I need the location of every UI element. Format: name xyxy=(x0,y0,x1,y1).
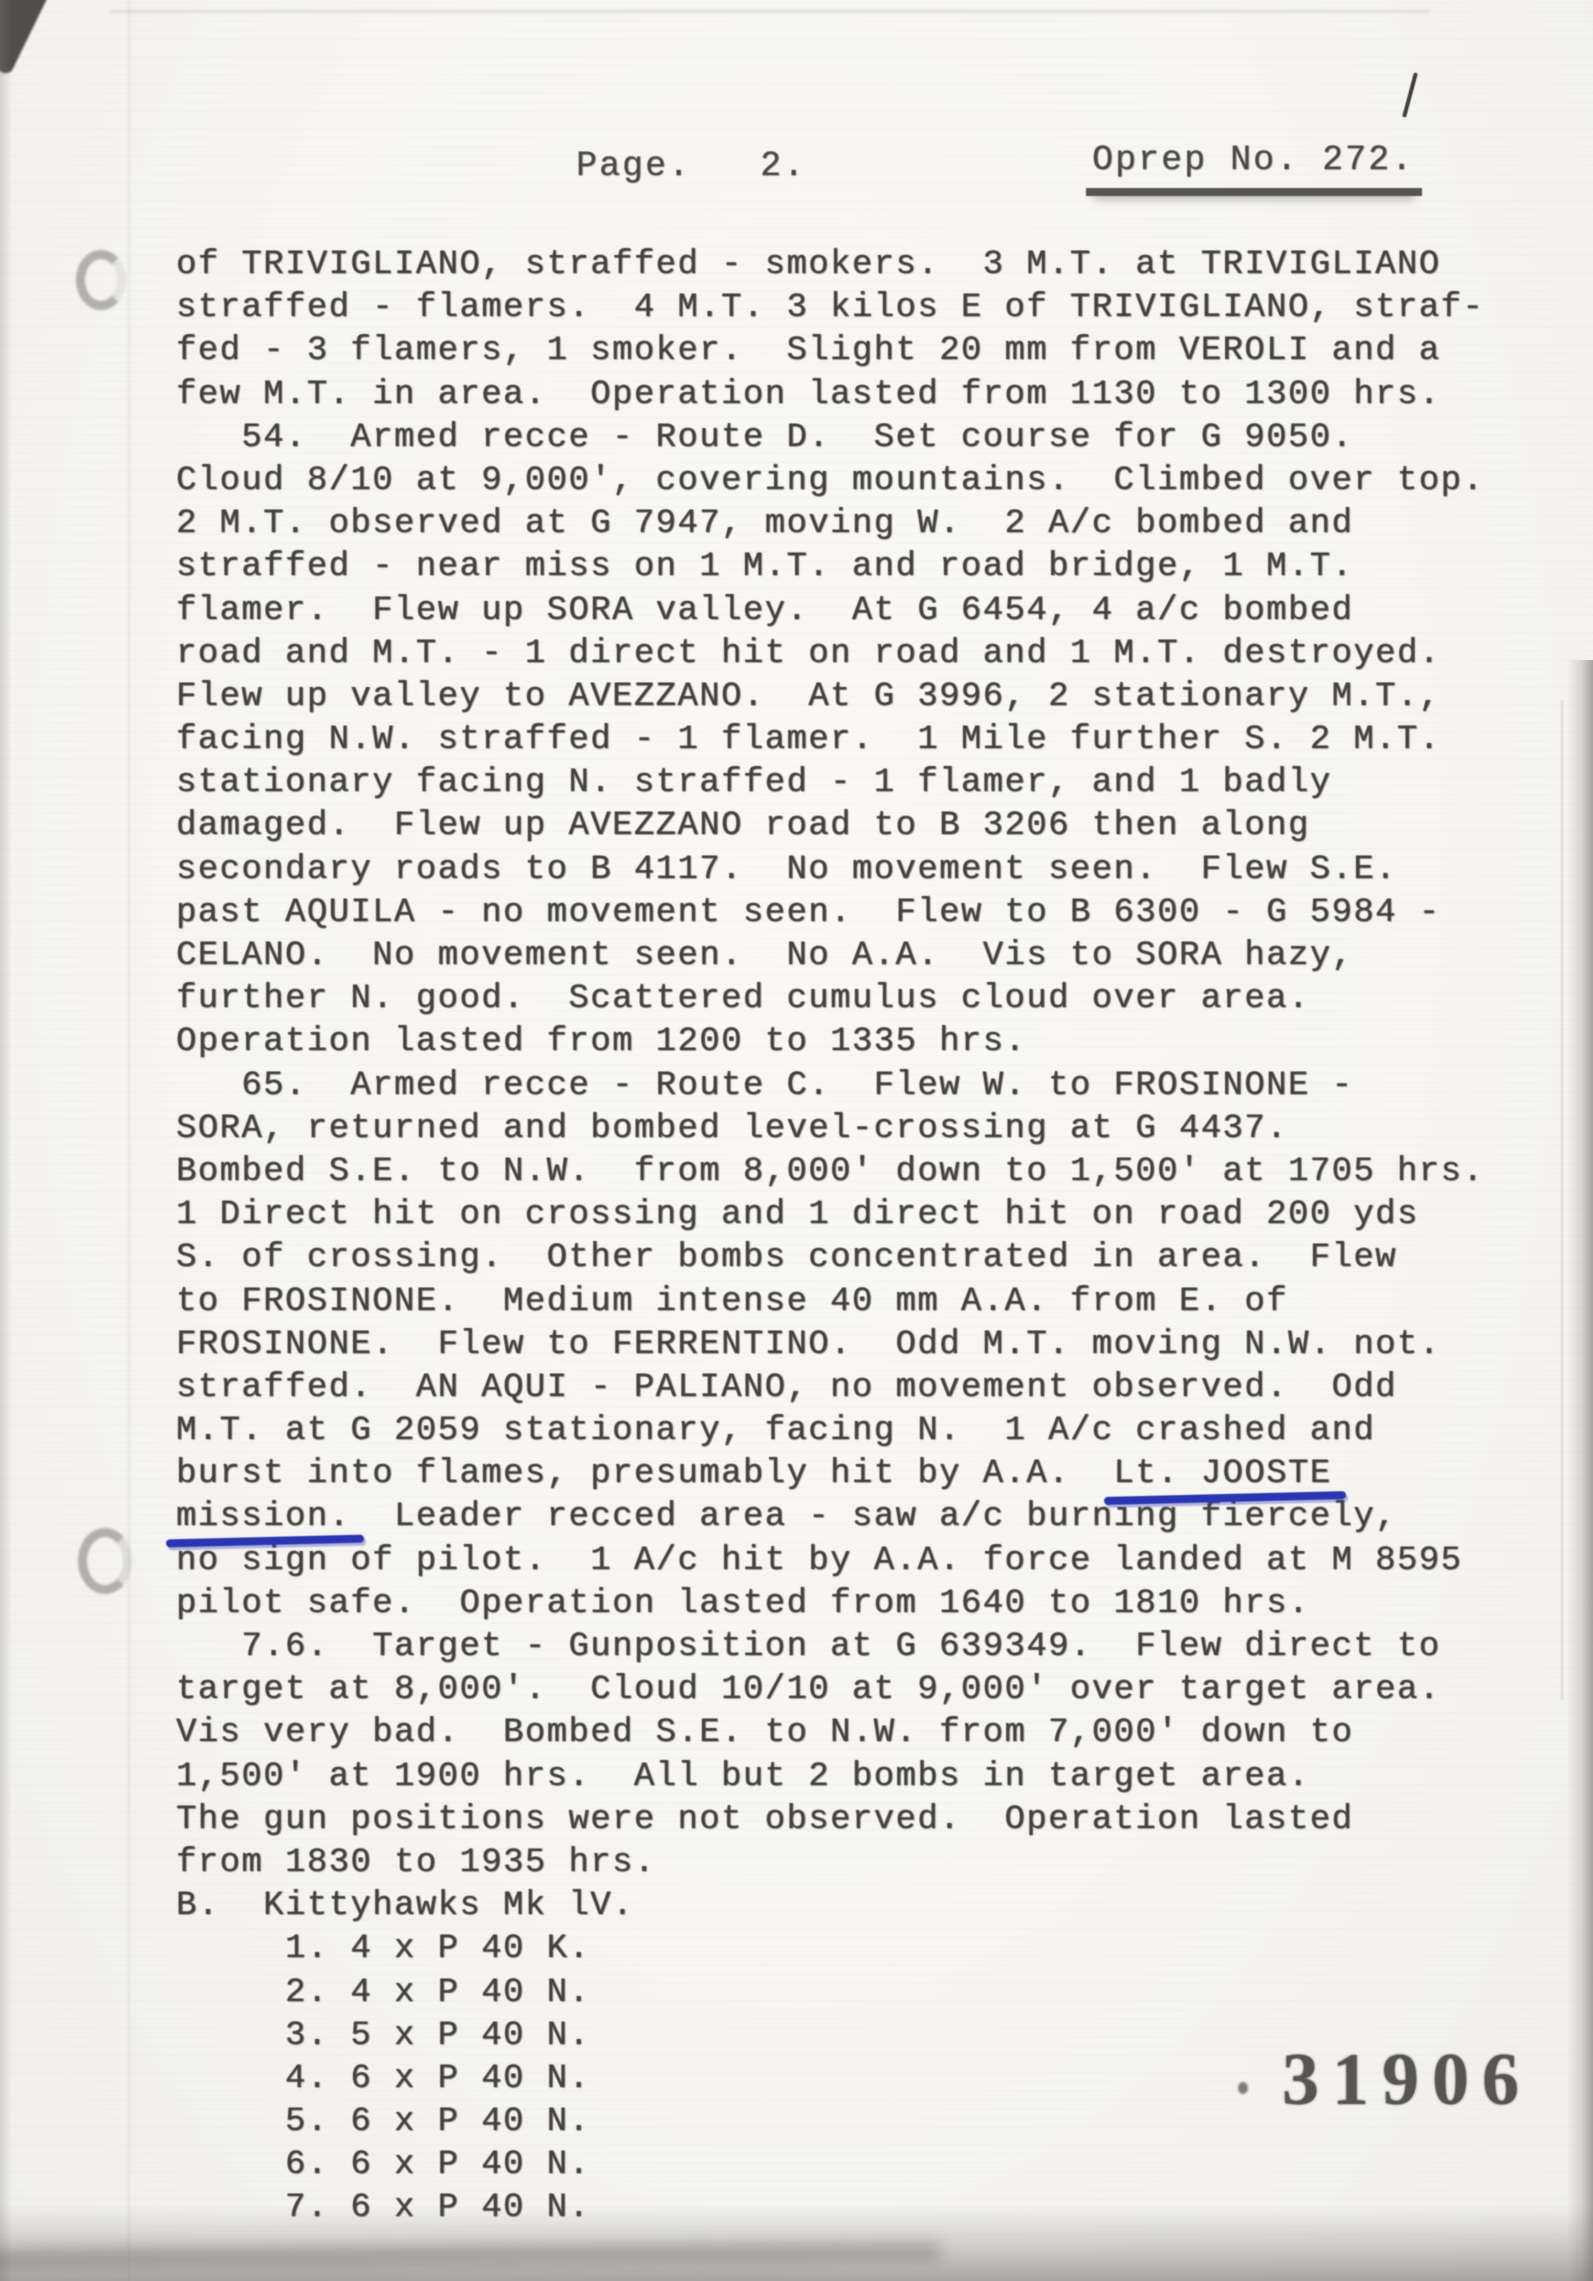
text-line: 1,500' at 1900 hrs. All but 2 bombs in t… xyxy=(176,1756,1484,1799)
text-line: to FROSINONE. Medium intense 40 mm A.A. … xyxy=(176,1281,1484,1324)
text-segment: from 1830 to 1935 hrs. xyxy=(176,1844,656,1882)
text-segment: to FROSINONE. Medium intense 40 mm A.A. … xyxy=(176,1283,1288,1321)
text-segment: Flew up valley to AVEZZANO. At G 3996, 2… xyxy=(176,678,1441,716)
text-line: 65. Armed recce - Route C. Flew W. to FR… xyxy=(176,1065,1484,1108)
scan-streak xyxy=(110,10,1430,13)
text-line: straffed - near miss on 1 M.T. and road … xyxy=(176,546,1484,589)
text-segment: facing N.W. straffed - 1 flamer. 1 Mile … xyxy=(176,721,1441,759)
oprep-number: Oprep No. 272. xyxy=(1086,140,1422,196)
text-line: straffed - flamers. 4 M.T. 3 kilos E of … xyxy=(176,287,1484,330)
pen-underlined-text: mission. xyxy=(176,1498,350,1536)
serial-stamp: 31906 xyxy=(1282,2038,1532,2123)
scan-bottom-shadow xyxy=(0,2205,1593,2281)
text-line: M.T. at G 2059 stationary, facing N. 1 A… xyxy=(176,1410,1484,1453)
text-line: target at 8,000'. Cloud 10/10 at 9,000' … xyxy=(176,1669,1484,1712)
text-segment: flamer. Flew up SORA valley. At G 6454, … xyxy=(176,592,1353,630)
scan-right-fold-line xyxy=(1561,700,1563,1700)
text-segment: road and M.T. - 1 direct hit on road and… xyxy=(176,635,1441,673)
text-line: Bombed S.E. to N.W. from 8,000' down to … xyxy=(176,1151,1484,1194)
text-segment: straffed. AN AQUI - PALIANO, no movement… xyxy=(176,1369,1397,1407)
text-segment: 7.6. Target - Gunposition at G 639349. F… xyxy=(176,1628,1441,1666)
text-line: past AQUILA - no movement seen. Flew to … xyxy=(176,892,1484,935)
text-segment: damaged. Flew up AVEZZANO road to B 3206… xyxy=(176,807,1310,845)
document-body: of TRIVIGLIANO, straffed - smokers. 3 M.… xyxy=(176,244,1484,2231)
text-line: Operation lasted from 1200 to 1335 hrs. xyxy=(176,1021,1484,1064)
text-segment: Cloud 8/10 at 9,000', covering mountains… xyxy=(176,462,1484,500)
text-line: 1. 4 x P 40 K. xyxy=(176,1928,1484,1971)
pen-underlined-text: Lt. JOOSTE xyxy=(1114,1455,1332,1493)
text-line: 1 Direct hit on crossing and 1 direct hi… xyxy=(176,1194,1484,1237)
text-segment: Bombed S.E. to N.W. from 8,000' down to … xyxy=(176,1153,1484,1191)
text-segment: of TRIVIGLIANO, straffed - smokers. 3 M.… xyxy=(176,246,1441,284)
text-line: FROSINONE. Flew to FERRENTINO. Odd M.T. … xyxy=(176,1324,1484,1367)
stamp-dot xyxy=(1238,2082,1248,2094)
text-line: Flew up valley to AVEZZANO. At G 3996, 2… xyxy=(176,676,1484,719)
text-segment: 54. Armed recce - Route D. Set course fo… xyxy=(176,419,1353,457)
scan-left-edge-shadow xyxy=(0,0,12,2281)
page-number: Page. 2. xyxy=(576,146,806,186)
text-segment: straffed - flamers. 4 M.T. 3 kilos E of … xyxy=(176,289,1484,327)
text-segment: pilot safe. Operation lasted from 1640 t… xyxy=(176,1585,1310,1623)
text-segment: 4. 6 x P 40 N. xyxy=(176,2060,590,2098)
text-line: 2. 4 x P 40 N. xyxy=(176,1972,1484,2015)
paper-crease xyxy=(128,0,130,2281)
text-segment: secondary roads to B 4117. No movement s… xyxy=(176,851,1397,889)
text-segment: The gun positions were not observed. Ope… xyxy=(176,1801,1353,1839)
text-line: no sign of pilot. 1 A/c hit by A.A. forc… xyxy=(176,1540,1484,1583)
text-segment: no sign of pilot. 1 A/c hit by A.A. forc… xyxy=(176,1542,1462,1580)
text-line: 2 M.T. observed at G 7947, moving W. 2 A… xyxy=(176,503,1484,546)
text-line: damaged. Flew up AVEZZANO road to B 3206… xyxy=(176,805,1484,848)
text-line: 7.6. Target - Gunposition at G 639349. F… xyxy=(176,1626,1484,1669)
text-segment: M.T. at G 2059 stationary, facing N. 1 A… xyxy=(176,1412,1375,1450)
text-segment: 3. 5 x P 40 N. xyxy=(176,2017,590,2055)
text-line: fed - 3 flamers, 1 smoker. Slight 20 mm … xyxy=(176,330,1484,373)
text-segment: CELANO. No movement seen. No A.A. Vis to… xyxy=(176,937,1353,975)
text-line: mission. Leader recced area - saw a/c bu… xyxy=(176,1496,1484,1539)
text-line: burst into flames, presumably hit by A.A… xyxy=(176,1453,1484,1496)
text-segment: B. Kittyhawks Mk lV. xyxy=(176,1887,634,1925)
text-line: B. Kittyhawks Mk lV. xyxy=(176,1885,1484,1928)
text-segment: 1,500' at 1900 hrs. All but 2 bombs in t… xyxy=(176,1758,1310,1796)
text-segment: 2. 4 x P 40 N. xyxy=(176,1974,590,2012)
text-line: flamer. Flew up SORA valley. At G 6454, … xyxy=(176,590,1484,633)
text-segment: fed - 3 flamers, 1 smoker. Slight 20 mm … xyxy=(176,332,1441,370)
text-line: of TRIVIGLIANO, straffed - smokers. 3 M.… xyxy=(176,244,1484,287)
text-line: pilot safe. Operation lasted from 1640 t… xyxy=(176,1583,1484,1626)
text-segment: 6. 6 x P 40 N. xyxy=(176,2146,590,2184)
text-line: The gun positions were not observed. Ope… xyxy=(176,1799,1484,1842)
text-segment: straffed - near miss on 1 M.T. and road … xyxy=(176,548,1353,586)
text-segment: further N. good. Scattered cumulus cloud… xyxy=(176,980,1310,1018)
text-line: CELANO. No movement seen. No A.A. Vis to… xyxy=(176,935,1484,978)
text-segment: stationary facing N. straffed - 1 flamer… xyxy=(176,764,1332,802)
text-line: road and M.T. - 1 direct hit on road and… xyxy=(176,633,1484,676)
text-segment: target at 8,000'. Cloud 10/10 at 9,000' … xyxy=(176,1671,1441,1709)
text-line: S. of crossing. Other bombs concentrated… xyxy=(176,1237,1484,1280)
text-segment: 65. Armed recce - Route C. Flew W. to FR… xyxy=(176,1067,1353,1105)
punch-hole-top xyxy=(76,250,126,310)
text-segment: 2 M.T. observed at G 7947, moving W. 2 A… xyxy=(176,505,1353,543)
scan-right-edge-shadow xyxy=(1567,660,1593,2281)
text-line: 6. 6 x P 40 N. xyxy=(176,2144,1484,2187)
text-segment: 1 Direct hit on crossing and 1 direct hi… xyxy=(176,1196,1419,1234)
text-segment: few M.T. in area. Operation lasted from … xyxy=(176,376,1441,414)
text-segment: Vis very bad. Bombed S.E. to N.W. from 7… xyxy=(176,1714,1353,1752)
text-segment: 1. 4 x P 40 K. xyxy=(176,1930,590,1968)
text-segment: FROSINONE. Flew to FERRENTINO. Odd M.T. … xyxy=(176,1326,1441,1364)
text-line: SORA, returned and bombed level-crossing… xyxy=(176,1108,1484,1151)
text-segment: past AQUILA - no movement seen. Flew to … xyxy=(176,894,1441,932)
text-line: few M.T. in area. Operation lasted from … xyxy=(176,374,1484,417)
punch-hole-bottom xyxy=(78,1528,132,1594)
text-line: facing N.W. straffed - 1 flamer. 1 Mile … xyxy=(176,719,1484,762)
text-line: straffed. AN AQUI - PALIANO, no movement… xyxy=(176,1367,1484,1410)
text-segment: Leader recced area - saw a/c burning fie… xyxy=(350,1498,1397,1536)
text-segment: Operation lasted from 1200 to 1335 hrs. xyxy=(176,1023,1026,1061)
text-line: further N. good. Scattered cumulus cloud… xyxy=(176,978,1484,1021)
text-segment: SORA, returned and bombed level-crossing… xyxy=(176,1110,1288,1148)
handwritten-tick-mark xyxy=(1402,72,1418,117)
text-line: stationary facing N. straffed - 1 flamer… xyxy=(176,762,1484,805)
text-line: secondary roads to B 4117. No movement s… xyxy=(176,849,1484,892)
text-segment: S. of crossing. Other bombs concentrated… xyxy=(176,1239,1397,1277)
text-segment: 5. 6 x P 40 N. xyxy=(176,2103,590,2141)
text-segment: burst into flames, presumably hit by A.A… xyxy=(176,1455,1114,1493)
text-line: 54. Armed recce - Route D. Set course fo… xyxy=(176,417,1484,460)
text-line: Vis very bad. Bombed S.E. to N.W. from 7… xyxy=(176,1712,1484,1755)
document-page: Page. 2. Oprep No. 272. of TRIVIGLIANO, … xyxy=(0,0,1593,2281)
text-line: from 1830 to 1935 hrs. xyxy=(176,1842,1484,1885)
text-line: Cloud 8/10 at 9,000', covering mountains… xyxy=(176,460,1484,503)
